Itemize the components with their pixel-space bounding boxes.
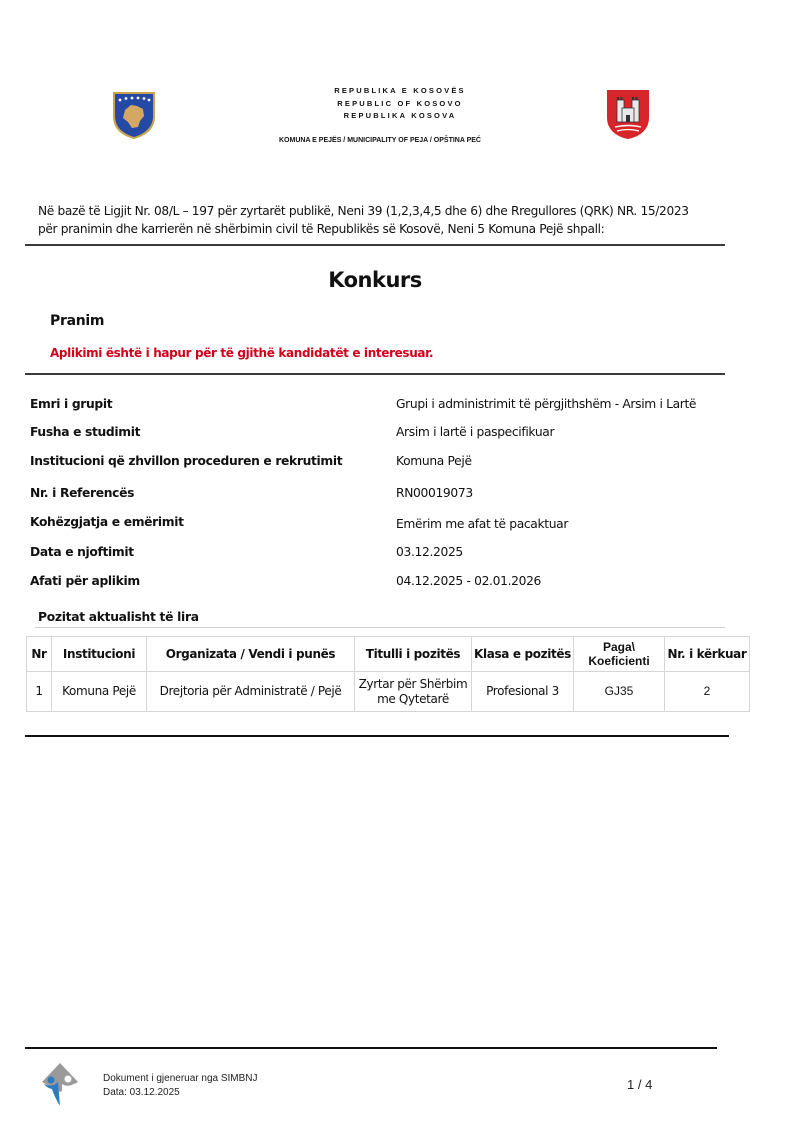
info-value-application-deadline: 04.12.2025 - 02.01.2026 xyxy=(396,574,541,588)
footer-info: Dokument i gjeneruar nga SIMBNJ Data: 03… xyxy=(103,1072,258,1100)
info-value-institution: Komuna Pejë xyxy=(396,454,472,468)
page-number: 1 / 4 xyxy=(627,1077,652,1092)
page-title: Konkurs xyxy=(0,268,750,292)
divider-after-notice xyxy=(25,373,725,375)
table-header-row: Nr Institucioni Organizata / Vendi i pun… xyxy=(27,637,750,672)
column-header-salary-coefficient: Paga\ Koeficienti xyxy=(574,637,665,672)
positions-heading: Pozitat aktualisht të lira xyxy=(38,610,199,624)
subtitle: Pranim xyxy=(50,313,104,329)
info-label-notice-date: Data e njoftimit xyxy=(30,545,134,559)
open-application-notice: Aplikimi është i hapur për të gjithë kan… xyxy=(50,346,433,360)
cell-nr: 1 xyxy=(27,672,52,712)
info-label-appointment-duration: Kohëzgjatja e emërimit xyxy=(30,515,184,529)
info-label-institution: Institucioni që zhvillon proceduren e re… xyxy=(30,454,342,468)
column-header-organization: Organizata / Vendi i punës xyxy=(147,637,355,672)
column-header-required-count: Nr. i kërkuar xyxy=(665,637,750,672)
intro-paragraph: Në bazë të Ligjit Nr. 08/L – 197 për zyr… xyxy=(38,202,738,238)
info-value-reference-number: RN00019073 xyxy=(396,486,473,500)
intro-line-2: për pranimin dhe karrierën në shërbimin … xyxy=(38,220,738,238)
info-value-notice-date: 03.12.2025 xyxy=(396,545,463,559)
cell-organization: Drejtoria për Administratë / Pejë xyxy=(147,672,355,712)
simbnj-logo-icon xyxy=(40,1062,80,1108)
divider-after-table xyxy=(25,735,729,737)
positions-heading-underline xyxy=(35,627,725,628)
header-country-sq: REPUBLIKA E KOSOVËS xyxy=(0,86,800,95)
info-label-reference-number: Nr. i Referencës xyxy=(30,486,134,500)
info-label-group-name: Emri i grupit xyxy=(30,397,112,411)
info-label-field-of-study: Fusha e studimit xyxy=(30,425,140,439)
header-country-en: REPUBLIC OF KOSOVO xyxy=(0,99,800,108)
footer-generated-by: Dokument i gjeneruar nga SIMBNJ xyxy=(103,1072,258,1086)
column-header-institution: Institucioni xyxy=(52,637,147,672)
cell-salary-coefficient: GJ35 xyxy=(574,672,665,712)
info-value-field-of-study: Arsim i lartë i paspecifikuar xyxy=(396,425,554,439)
cell-position-class: Profesional 3 xyxy=(472,672,574,712)
intro-line-1: Në bazë të Ligjit Nr. 08/L – 197 për zyr… xyxy=(38,202,738,220)
info-value-group-name: Grupi i administrimit të përgjithshëm - … xyxy=(396,397,696,411)
footer-date: Data: 03.12.2025 xyxy=(103,1086,258,1100)
positions-table: Nr Institucioni Organizata / Vendi i pun… xyxy=(26,636,750,712)
header-country-sr: REPUBLIKA KOSOVA xyxy=(0,111,800,120)
info-value-appointment-duration: Emërim me afat të pacaktuar xyxy=(396,517,568,531)
footer-divider xyxy=(25,1047,717,1049)
column-header-position-class: Klasa e pozitës xyxy=(472,637,574,672)
column-header-nr: Nr xyxy=(27,637,52,672)
table-row: 1 Komuna Pejë Drejtoria për Administratë… xyxy=(27,672,750,712)
divider-top xyxy=(25,244,725,246)
info-label-application-deadline: Afati për aplikim xyxy=(30,574,140,588)
peja-municipality-emblem-icon xyxy=(605,88,651,140)
header-municipality: KOMUNA E PEJËS / MUNICIPALITY OF PEJA / … xyxy=(0,137,780,144)
column-header-position-title: Titulli i pozitës xyxy=(355,637,472,672)
cell-required-count: 2 xyxy=(665,672,750,712)
cell-position-title: Zyrtar për Shërbim me Qytetarë xyxy=(355,672,472,712)
cell-institution: Komuna Pejë xyxy=(52,672,147,712)
